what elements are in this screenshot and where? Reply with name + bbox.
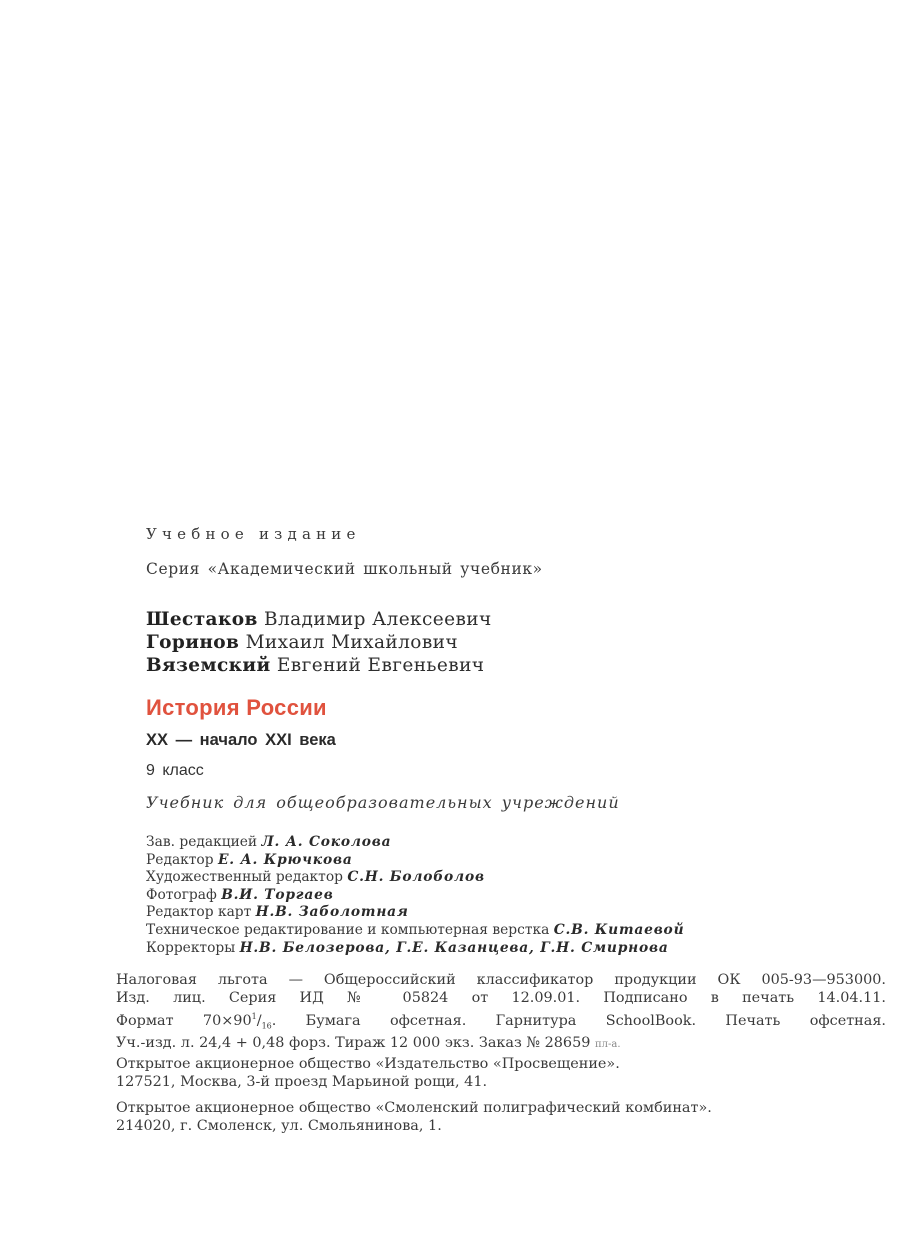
- staff-line: Художественный редактор С.Н. Болоболов: [146, 869, 684, 887]
- book-subtitle: XX — начало XXI века: [146, 731, 336, 750]
- staff-line: Фотограф В.И. Торгаев: [146, 887, 684, 905]
- staff-person: Н.В. Белозерова, Г.Е. Казанцева, Г.Н. См…: [240, 940, 669, 956]
- staff-line: Редактор карт Н.В. Заболотная: [146, 904, 684, 922]
- publisher-info: Открытое акционерное общество «Издательс…: [116, 1056, 886, 1092]
- author-line: Вяземский Евгений Евгеньевич: [146, 654, 492, 677]
- staff-person: Л. А. Соколова: [262, 834, 392, 850]
- edition-type: Учебное издание: [146, 525, 361, 543]
- editorial-staff: Зав. редакцией Л. А. Соколова Редактор Е…: [146, 834, 684, 957]
- staff-role: Фотограф: [146, 887, 217, 903]
- printer-name: Открытое акционерное общество «Смоленски…: [116, 1100, 886, 1118]
- printer-address: 214020, г. Смоленск, ул. Смольянинова, 1…: [116, 1118, 886, 1136]
- staff-role: Техническое редактирование и компьютерна…: [146, 922, 549, 938]
- staff-person: Н.В. Заболотная: [256, 904, 409, 920]
- staff-line: Корректоры Н.В. Белозерова, Г.Е. Казанце…: [146, 940, 684, 958]
- staff-role: Корректоры: [146, 940, 235, 956]
- book-title: История России: [146, 695, 327, 721]
- staff-role: Художественный редактор: [146, 869, 343, 885]
- publisher-name: Открытое акционерное общество «Издательс…: [116, 1056, 886, 1074]
- grade-level: 9 класс: [146, 762, 204, 780]
- format-fraction-denominator: 16: [262, 1021, 272, 1030]
- staff-line: Зав. редакцией Л. А. Соколова: [146, 834, 684, 852]
- staff-role: Зав. редакцией: [146, 834, 257, 850]
- order-mark: пл-а.: [595, 1039, 621, 1050]
- author-given-names: Владимир Алексеевич: [264, 609, 492, 630]
- format-fraction-numerator: 1: [252, 1012, 257, 1021]
- staff-role: Редактор карт: [146, 904, 251, 920]
- authors-list: Шестаков Владимир Алексеевич Горинов Мих…: [146, 608, 492, 677]
- author-line: Шестаков Владимир Алексеевич: [146, 608, 492, 631]
- format-rest: . Бумага офсетная. Гарнитура SchoolBook.…: [272, 1012, 886, 1028]
- author-given-names: Михаил Михайлович: [246, 632, 458, 653]
- series-name: Серия «Академический школьный учебник»: [146, 560, 543, 578]
- staff-person: В.И. Торгаев: [221, 887, 333, 903]
- tax-info: Налоговая льгота — Общероссийский класси…: [116, 972, 886, 990]
- book-purpose: Учебник для общеобразовательных учрежден…: [146, 793, 620, 812]
- staff-line: Техническое редактирование и компьютерна…: [146, 922, 684, 940]
- license-info: Изд. лиц. Серия ИД № 05824 от 12.09.01. …: [116, 990, 886, 1008]
- publisher-address: 127521, Москва, 3-й проезд Марьиной рощи…: [116, 1074, 886, 1092]
- volume-info: Уч.-изд. л. 24,4 + 0,48 форз. Тираж 12 0…: [116, 1035, 886, 1054]
- author-given-names: Евгений Евгеньевич: [277, 655, 485, 676]
- author-surname: Горинов: [146, 632, 239, 653]
- printer-info: Открытое акционерное общество «Смоленски…: [116, 1100, 886, 1136]
- format-info: Формат 70×901/16. Бумага офсетная. Гарни…: [116, 1008, 886, 1035]
- author-surname: Шестаков: [146, 609, 258, 630]
- author-surname: Вяземский: [146, 655, 271, 676]
- author-line: Горинов Михаил Михайлович: [146, 631, 492, 654]
- staff-line: Редактор Е. А. Крючкова: [146, 852, 684, 870]
- staff-role: Редактор: [146, 852, 214, 868]
- staff-person: С.Н. Болоболов: [347, 869, 484, 885]
- imprint-details: Налоговая льгота — Общероссийский класси…: [116, 972, 886, 1054]
- staff-person: Е. А. Крючкова: [218, 852, 353, 868]
- format-prefix: Формат 70×90: [116, 1012, 252, 1028]
- staff-person: С.В. Китаевой: [554, 922, 685, 938]
- volume-text: Уч.-изд. л. 24,4 + 0,48 форз. Тираж 12 0…: [116, 1035, 590, 1051]
